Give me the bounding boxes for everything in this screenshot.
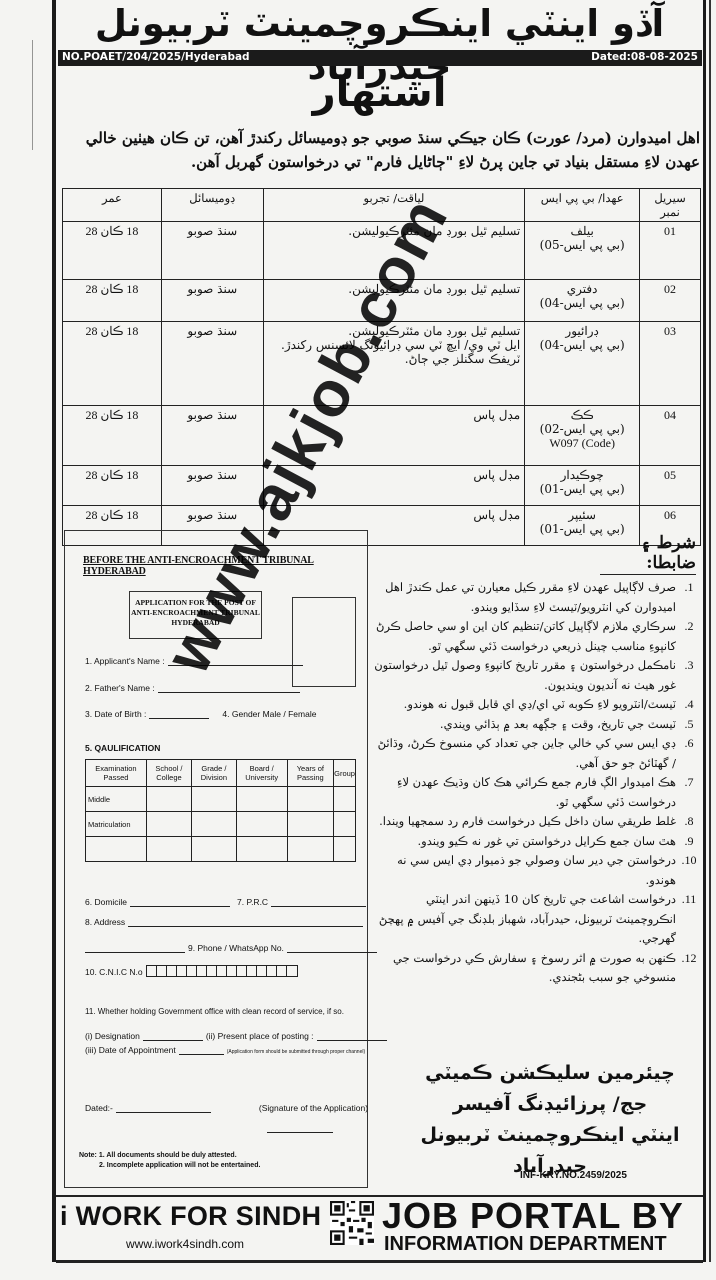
post-name: ڪڪ — [529, 408, 635, 422]
prc-field[interactable] — [271, 897, 366, 907]
dob-field[interactable] — [149, 709, 209, 719]
post-name: چوڪيدار — [529, 468, 635, 482]
term-text: غلط طريقي سان داخل ڪيل درخواست فارم رد س… — [372, 812, 676, 832]
address-field[interactable] — [128, 917, 363, 927]
term-item: 7.هڪ اميدوار الڳ فارم جمع ڪرائي هڪ کان و… — [372, 773, 702, 812]
designation-label: (i) Designation — [85, 1031, 140, 1041]
term-item: 5.ٽيسٽ جي تاريخ، وقت ۽ جڳهه بعد ۾ ٻڌائي … — [372, 715, 702, 735]
scan-artifact — [32, 40, 33, 150]
post-cell: چوڪيدار(بي پي ايس-01) — [525, 466, 640, 506]
father-name-label: 2. Father's Name : — [85, 683, 155, 693]
post-name: ڊرائيور — [529, 324, 635, 338]
dated-label: Dated:08-08-2025 — [591, 51, 698, 65]
term-text: هٿ سان جمع ڪرايل درخواستن تي غور نه ڪيو … — [372, 832, 676, 852]
term-item: 4.ٽيسٽ/انٽرويو لاءِ ڪوبه ٽي اي/ڊي اي قاب… — [372, 695, 702, 715]
terms-title: شرط ۽ ضابطا: — [600, 532, 696, 575]
form-heading: BEFORE THE ANTI-ENCROACHMENT TRIBUNAL HY… — [83, 555, 367, 577]
post-cell: بيلف(بي پي ايس-05) — [525, 222, 640, 280]
dated-field[interactable] — [116, 1103, 211, 1113]
page-title: آڏو اينٽي اينڪروچمينٽ ٽربيونل حيدرآباد — [56, 2, 703, 48]
term-number: 2. — [676, 617, 702, 656]
jobs-table: سيريل نمبر عهدا/ بي پي ايس لياقت/ تجربو … — [62, 188, 701, 546]
designation-row: (i) Designation (ii) Present place of po… — [85, 1031, 387, 1041]
address-label: 8. Address — [85, 917, 125, 927]
govt-office-row: 11. Whether holding Government office wi… — [85, 1007, 344, 1016]
posting-label: (ii) Present place of posting : — [206, 1031, 314, 1041]
posting-field[interactable] — [317, 1031, 387, 1041]
application-form: BEFORE THE ANTI-ENCROACHMENT TRIBUNAL HY… — [64, 530, 368, 1188]
gender-label: 4. Gender Male / Female — [222, 709, 316, 719]
qualification-item: تسليم ٿيل بورڊ مان مئٽرڪيوليشن. — [268, 324, 521, 338]
term-number: 7. — [676, 773, 702, 812]
cnic-label: 10. C.N.I.C N.o — [85, 967, 143, 977]
entry-cell[interactable] — [236, 837, 287, 862]
border-right-outer — [709, 0, 711, 1262]
border-right — [703, 0, 706, 1262]
term-item: 11.درخواست اشاعت جي تاريخ کان 10 ڏينهن ا… — [372, 890, 702, 949]
term-text: سرڪاري ملازم لاڳاپيل کاتن/تنظيم کان اين … — [372, 617, 676, 656]
table-row: 04 ڪڪ(بي پي ايس-02)W097 (Code) مڊل پاس س… — [63, 406, 701, 466]
note-line: Note: 1. All documents should be duly at… — [79, 1151, 260, 1161]
dated-row: Dated:- (Signature of the Application) — [85, 1103, 368, 1113]
term-text: درخواست اشاعت جي تاريخ کان 10 ڏينهن اندر… — [372, 890, 676, 949]
signatory-line: جج/ پرزائيڊنگ آفيسر — [400, 1089, 700, 1120]
qualification-list: تسليم ٿيل بورڊ مان مئٽرڪيوليشن. ايل ٽي و… — [268, 324, 521, 366]
qualification-text: ايل ٽي وي/ ايڇ ٽي سي ڊرائيونگ لائسنس رکن… — [281, 338, 520, 352]
address-row: 8. Address — [85, 917, 363, 927]
qualification-table: Examination Passed School / College Grad… — [85, 759, 356, 862]
dob-gender-row: 3. Date of Birth : 4. Gender Male / Fema… — [85, 709, 316, 719]
signature-block: چيئرمين سليڪشن ڪميٽي جج/ پرزائيڊنگ آفيسر… — [400, 1058, 700, 1182]
serial-cell: 01 — [640, 222, 701, 280]
term-number: 8. — [676, 812, 702, 832]
advertisement-title: اشتهار — [56, 70, 703, 116]
domicile-label: 6. Domicile — [85, 897, 127, 907]
terms-list: 1.صرف لاڳاپيل عهدن لاءِ مقرر ڪيل معيارن … — [372, 578, 702, 988]
form-notes: Note: 1. All documents should be duly at… — [79, 1151, 260, 1171]
signature-row — [267, 1123, 333, 1133]
term-number: 11. — [676, 890, 702, 949]
qual-header: Years of Passing — [287, 760, 334, 787]
table-row: 03 ڊرائيور(بي پي ايس-04) تسليم ٿيل بورڊ … — [63, 322, 701, 406]
designation-field[interactable] — [143, 1031, 203, 1041]
term-item: 8.غلط طريقي سان داخل ڪيل درخواست فارم رد… — [372, 812, 702, 832]
iwork-url[interactable]: www.iwork4sindh.com — [126, 1237, 244, 1251]
appointment-row: (iii) Date of Appointment (Application f… — [85, 1045, 365, 1055]
term-number: 4. — [676, 695, 702, 715]
qualification-header-row: Examination Passed School / College Grad… — [86, 760, 356, 787]
reference-number: NO.POAET/204/2025/Hyderabad — [62, 51, 250, 65]
header-qualification: لياقت/ تجربو — [263, 189, 525, 222]
table-row: 02 دفتري(بي پي ايس-04) تسليم ٿيل بورڊ ما… — [63, 280, 701, 322]
entry-cell[interactable] — [192, 837, 237, 862]
domicile-prc-row: 6. Domicile 7. P.R.C — [85, 897, 366, 907]
domicile-cell: سنڌ صوبو — [161, 280, 263, 322]
term-item: 10.درخواستن جي دير سان وصولي جو ذميوار ڊ… — [372, 851, 702, 890]
post-name: سئيپر — [529, 508, 635, 522]
qualification-text: ٽريفڪ سگنلز جي ڄاڻ. — [405, 352, 520, 366]
post-bps: (بي پي ايس-01) — [529, 482, 635, 496]
phone-row: 9. Phone / WhatsApp No. — [85, 943, 377, 953]
iwork-brand: i WORK FOR SINDH — [60, 1201, 321, 1232]
domicile-cell: سنڌ صوبو — [161, 406, 263, 466]
post-bps: (بي پي ايس-02) — [529, 422, 635, 436]
appointment-label: (iii) Date of Appointment — [85, 1045, 176, 1055]
job-portal-heading: JOB PORTAL BY — [382, 1195, 684, 1237]
qual-header: Examination Passed — [86, 760, 147, 787]
serial-cell: 05 — [640, 466, 701, 506]
jobs-table-header: سيريل نمبر عهدا/ بي پي ايس لياقت/ تجربو … — [63, 189, 701, 222]
qualification-cell: مڊل پاس — [263, 466, 525, 506]
domicile-cell: سنڌ صوبو — [161, 466, 263, 506]
qual-header: Group — [334, 760, 356, 787]
term-number: 12. — [676, 949, 702, 988]
entry-cell[interactable] — [236, 787, 287, 812]
exam-cell: Middle — [86, 787, 147, 812]
age-cell: 18 ڪان 28 — [63, 322, 162, 406]
term-text: ٽيسٽ جي تاريخ، وقت ۽ جڳهه بعد ۾ ٻڌائي وي… — [372, 715, 676, 735]
intro-paragraph: اهل اميدوارن (مرد/ عورت) ڪان جيڪي سنڌ صو… — [62, 126, 700, 174]
post-code: W097 (Code) — [529, 436, 635, 451]
qualification-cell: مڊل پاس — [263, 406, 525, 466]
information-department: INFORMATION DEPARTMENT — [384, 1233, 667, 1256]
term-text: ٽيسٽ/انٽرويو لاءِ ڪوبه ٽي اي/ڊي اي قابل … — [372, 695, 676, 715]
term-text: نامڪمل درخواستون ۽ مقرر تاريخ کانپوءِ وص… — [372, 656, 676, 695]
entry-cell[interactable] — [192, 812, 237, 837]
qr-code-icon[interactable] — [330, 1201, 374, 1245]
applicant-name-field[interactable] — [168, 656, 303, 666]
application-title-line: ANTI-ENCROACHMENT TRIBUNAL — [130, 608, 261, 618]
post-cell: ڊرائيور(بي پي ايس-04) — [525, 322, 640, 406]
term-text: ڪنهن به صورت ۾ اثر رسوخ ۽ سفارش ڪي درخوا… — [372, 949, 676, 988]
entry-cell[interactable] — [287, 837, 334, 862]
application-title-line: HYDERABAD — [130, 618, 261, 628]
term-number: 10. — [676, 851, 702, 890]
channel-note: (Application form should be submitted th… — [227, 1049, 365, 1055]
qualification-row: Middle — [86, 787, 356, 812]
domicile-field[interactable] — [130, 897, 230, 907]
table-row: 01 بيلف(بي پي ايس-05) تسليم ٿيل بورڊ مان… — [63, 222, 701, 280]
note-line: 2. Incomplete application will not be en… — [79, 1161, 260, 1171]
father-name-row: 2. Father's Name : — [85, 683, 300, 693]
signatory-line: چيئرمين سليڪشن ڪميٽي — [400, 1058, 700, 1089]
header-domicile: ڊوميسائل — [161, 189, 263, 222]
application-title-line: APPLICATION FOR THE POST OF — [130, 598, 261, 608]
qualification-heading: 5. QAULIFICATION — [85, 743, 160, 753]
border-left — [52, 0, 56, 1262]
table-row: 05 چوڪيدار(بي پي ايس-01) مڊل پاس سنڌ صوب… — [63, 466, 701, 506]
entry-cell[interactable] — [287, 787, 334, 812]
term-item: 1.صرف لاڳاپيل عهدن لاءِ مقرر ڪيل معيارن … — [372, 578, 702, 617]
appointment-field[interactable] — [179, 1045, 224, 1055]
signatory-line: اينٽي اينڪروچمينٽ ٽربيونل — [400, 1120, 700, 1151]
serial-cell: 02 — [640, 280, 701, 322]
qual-header: School / College — [146, 760, 191, 787]
qualification-cell: تسليم ٿيل بورڊ مان مئٽرڪيوليشن. — [263, 222, 525, 280]
qualification-cell: تسليم ٿيل بورڊ مان مئٽرڪيوليشن. ايل ٽي و… — [263, 322, 525, 406]
photo-box — [292, 597, 356, 687]
domicile-cell: سنڌ صوبو — [161, 322, 263, 406]
term-item: 9.هٿ سان جمع ڪرايل درخواستن تي غور نه ڪي… — [372, 832, 702, 852]
entry-cell[interactable] — [236, 812, 287, 837]
govt-office-label: 11. Whether holding Government office wi… — [85, 1007, 344, 1016]
entry-cell[interactable] — [146, 837, 191, 862]
phone-label: 9. Phone / WhatsApp No. — [188, 943, 284, 953]
post-bps: (بي پي ايس-04) — [529, 338, 635, 352]
phone-field[interactable] — [287, 943, 377, 953]
post-name: دفتري — [529, 282, 635, 296]
term-item: 2.سرڪاري ملازم لاڳاپيل کاتن/تنظيم کان اي… — [372, 617, 702, 656]
header-age: عمر — [63, 189, 162, 222]
terms-section: شرط ۽ ضابطا: 1.صرف لاڳاپيل عهدن لاءِ مقر… — [372, 532, 702, 988]
prc-label: 7. P.R.C — [237, 897, 268, 907]
entry-cell[interactable] — [146, 812, 191, 837]
header-post: عهدا/ بي پي ايس — [525, 189, 640, 222]
age-cell: 18 ڪان 28 — [63, 222, 162, 280]
term-number: 6. — [676, 734, 702, 773]
age-cell: 18 ڪان 28 — [63, 280, 162, 322]
qualification-cell: تسليم ٿيل بورڊ مان مئٽرڪيوليشن. — [263, 280, 525, 322]
entry-cell[interactable] — [192, 787, 237, 812]
serial-cell: 04 — [640, 406, 701, 466]
entry-cell[interactable] — [334, 837, 356, 862]
term-number: 3. — [676, 656, 702, 695]
application-title-box: APPLICATION FOR THE POST OF ANTI-ENCROAC… — [129, 591, 262, 639]
entry-cell[interactable] — [334, 812, 356, 837]
domicile-cell: سنڌ صوبو — [161, 222, 263, 280]
serial-cell: 03 — [640, 322, 701, 406]
applicant-name-label: 1. Applicant's Name : — [85, 656, 165, 666]
cnic-field[interactable] — [146, 965, 298, 977]
header-serial: سيريل نمبر — [640, 189, 701, 222]
signature-field[interactable] — [267, 1123, 333, 1133]
applicant-name-row: 1. Applicant's Name : — [85, 656, 303, 666]
term-text: درخواستن جي دير سان وصولي جو ذميوار ڊي ا… — [372, 851, 676, 890]
qual-header: Grade / Division — [192, 760, 237, 787]
address-field-2[interactable] — [85, 943, 185, 953]
qualification-text: تسليم ٿيل بورڊ مان مئٽرڪيوليشن. — [348, 324, 520, 338]
cnic-row: 10. C.N.I.C N.o — [85, 965, 298, 977]
term-item: 3.نامڪمل درخواستون ۽ مقرر تاريخ کانپوءِ … — [372, 656, 702, 695]
term-number: 5. — [676, 715, 702, 735]
term-item: 12.ڪنهن به صورت ۾ اثر رسوخ ۽ سفارش ڪي در… — [372, 949, 702, 988]
entry-cell[interactable] — [334, 787, 356, 812]
post-cell: دفتري(بي پي ايس-04) — [525, 280, 640, 322]
post-bps: (بي پي ايس-05) — [529, 238, 635, 252]
qualification-row: Matriculation — [86, 812, 356, 837]
term-text: صرف لاڳاپيل عهدن لاءِ مقرر ڪيل معيارن تي… — [372, 578, 676, 617]
term-text: ڊي ايس سي کي خالي جاين جي تعداد کي منسوخ… — [372, 734, 676, 773]
term-number: 1. — [676, 578, 702, 617]
dob-label: 3. Date of Birth : — [85, 709, 146, 719]
dated-label: Dated:- — [85, 1103, 113, 1113]
qualification-item: ٽريفڪ سگنلز جي ڄاڻ. — [268, 352, 521, 366]
exam-cell: Matriculation — [86, 812, 147, 837]
father-name-field[interactable] — [158, 683, 300, 693]
age-cell: 18 ڪان 28 — [63, 466, 162, 506]
qualification-row — [86, 837, 356, 862]
post-name: بيلف — [529, 224, 635, 238]
term-text: هڪ اميدوار الڳ فارم جمع ڪرائي هڪ کان وڌي… — [372, 773, 676, 812]
signature-label: (Signature of the Application) — [259, 1103, 368, 1113]
post-bps: (بي پي ايس-04) — [529, 296, 635, 310]
inf-number: INF-KRY.NO.2459/2025 — [520, 1170, 627, 1181]
post-cell: ڪڪ(بي پي ايس-02)W097 (Code) — [525, 406, 640, 466]
term-number: 9. — [676, 832, 702, 852]
age-cell: 18 ڪان 28 — [63, 406, 162, 466]
qualification-item: ايل ٽي وي/ ايڇ ٽي سي ڊرائيونگ لائسنس رکن… — [268, 338, 521, 352]
entry-cell[interactable] — [287, 812, 334, 837]
term-item: 6.ڊي ايس سي کي خالي جاين جي تعداد کي منس… — [372, 734, 702, 773]
footer-banner: i WORK FOR SINDH www.iwork4sindh.com JOB… — [56, 1195, 703, 1263]
qual-header: Board / University — [236, 760, 287, 787]
reference-bar: NO.POAET/204/2025/Hyderabad Dated:08-08-… — [58, 50, 702, 66]
exam-cell[interactable] — [86, 837, 147, 862]
entry-cell[interactable] — [146, 787, 191, 812]
